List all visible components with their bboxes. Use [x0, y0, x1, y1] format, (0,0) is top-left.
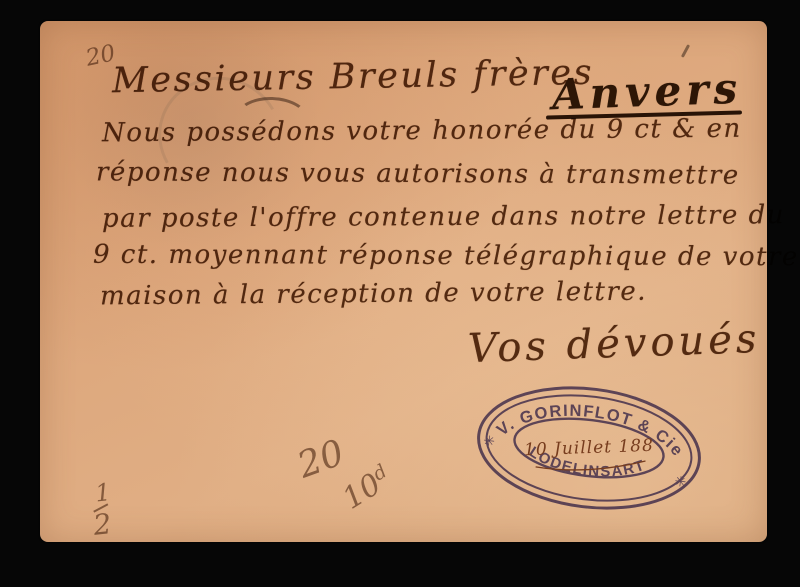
fraction-numerator: 1	[94, 480, 112, 505]
company-stamp-svg: V. GORINFLOT & Cie LODELINSART ✳ ✳ 10 Ju…	[466, 371, 712, 524]
fraction-denominator: 2	[92, 510, 115, 540]
body-line-2: réponse nous vous autorisons à transmett…	[96, 157, 740, 190]
salutation-line: Messieurs Breuls frères	[112, 53, 595, 101]
stamp-star-left-icon: ✳	[482, 434, 495, 450]
stamp-star-right-icon: ✳	[674, 475, 687, 491]
body-line-4: 9 ct. moyennant réponse télégraphique de…	[93, 240, 799, 272]
pencil-mark-weight: 20	[292, 432, 349, 486]
closing-signature: Vos dévoués	[467, 316, 761, 372]
ink-tick-mark	[681, 44, 690, 58]
company-stamp: V. GORINFLOT & Cie LODELINSART ✳ ✳ 10 Ju…	[466, 371, 712, 524]
body-line-5: maison à la réception de votre lettre.	[100, 277, 647, 312]
pencil-mark-fraction: 1 2	[87, 480, 115, 540]
stamp-handwritten-date: 10 Juillet 188	[524, 436, 654, 461]
postcard: 20 Messieurs Breuls frères Anvers Nous p…	[40, 21, 767, 542]
body-line-1: Nous possédons votre honorée du 9 ct & e…	[102, 114, 742, 148]
photo-background: 20 Messieurs Breuls frères Anvers Nous p…	[0, 0, 800, 587]
body-line-3: par poste l'offre contenue dans notre le…	[102, 200, 785, 234]
